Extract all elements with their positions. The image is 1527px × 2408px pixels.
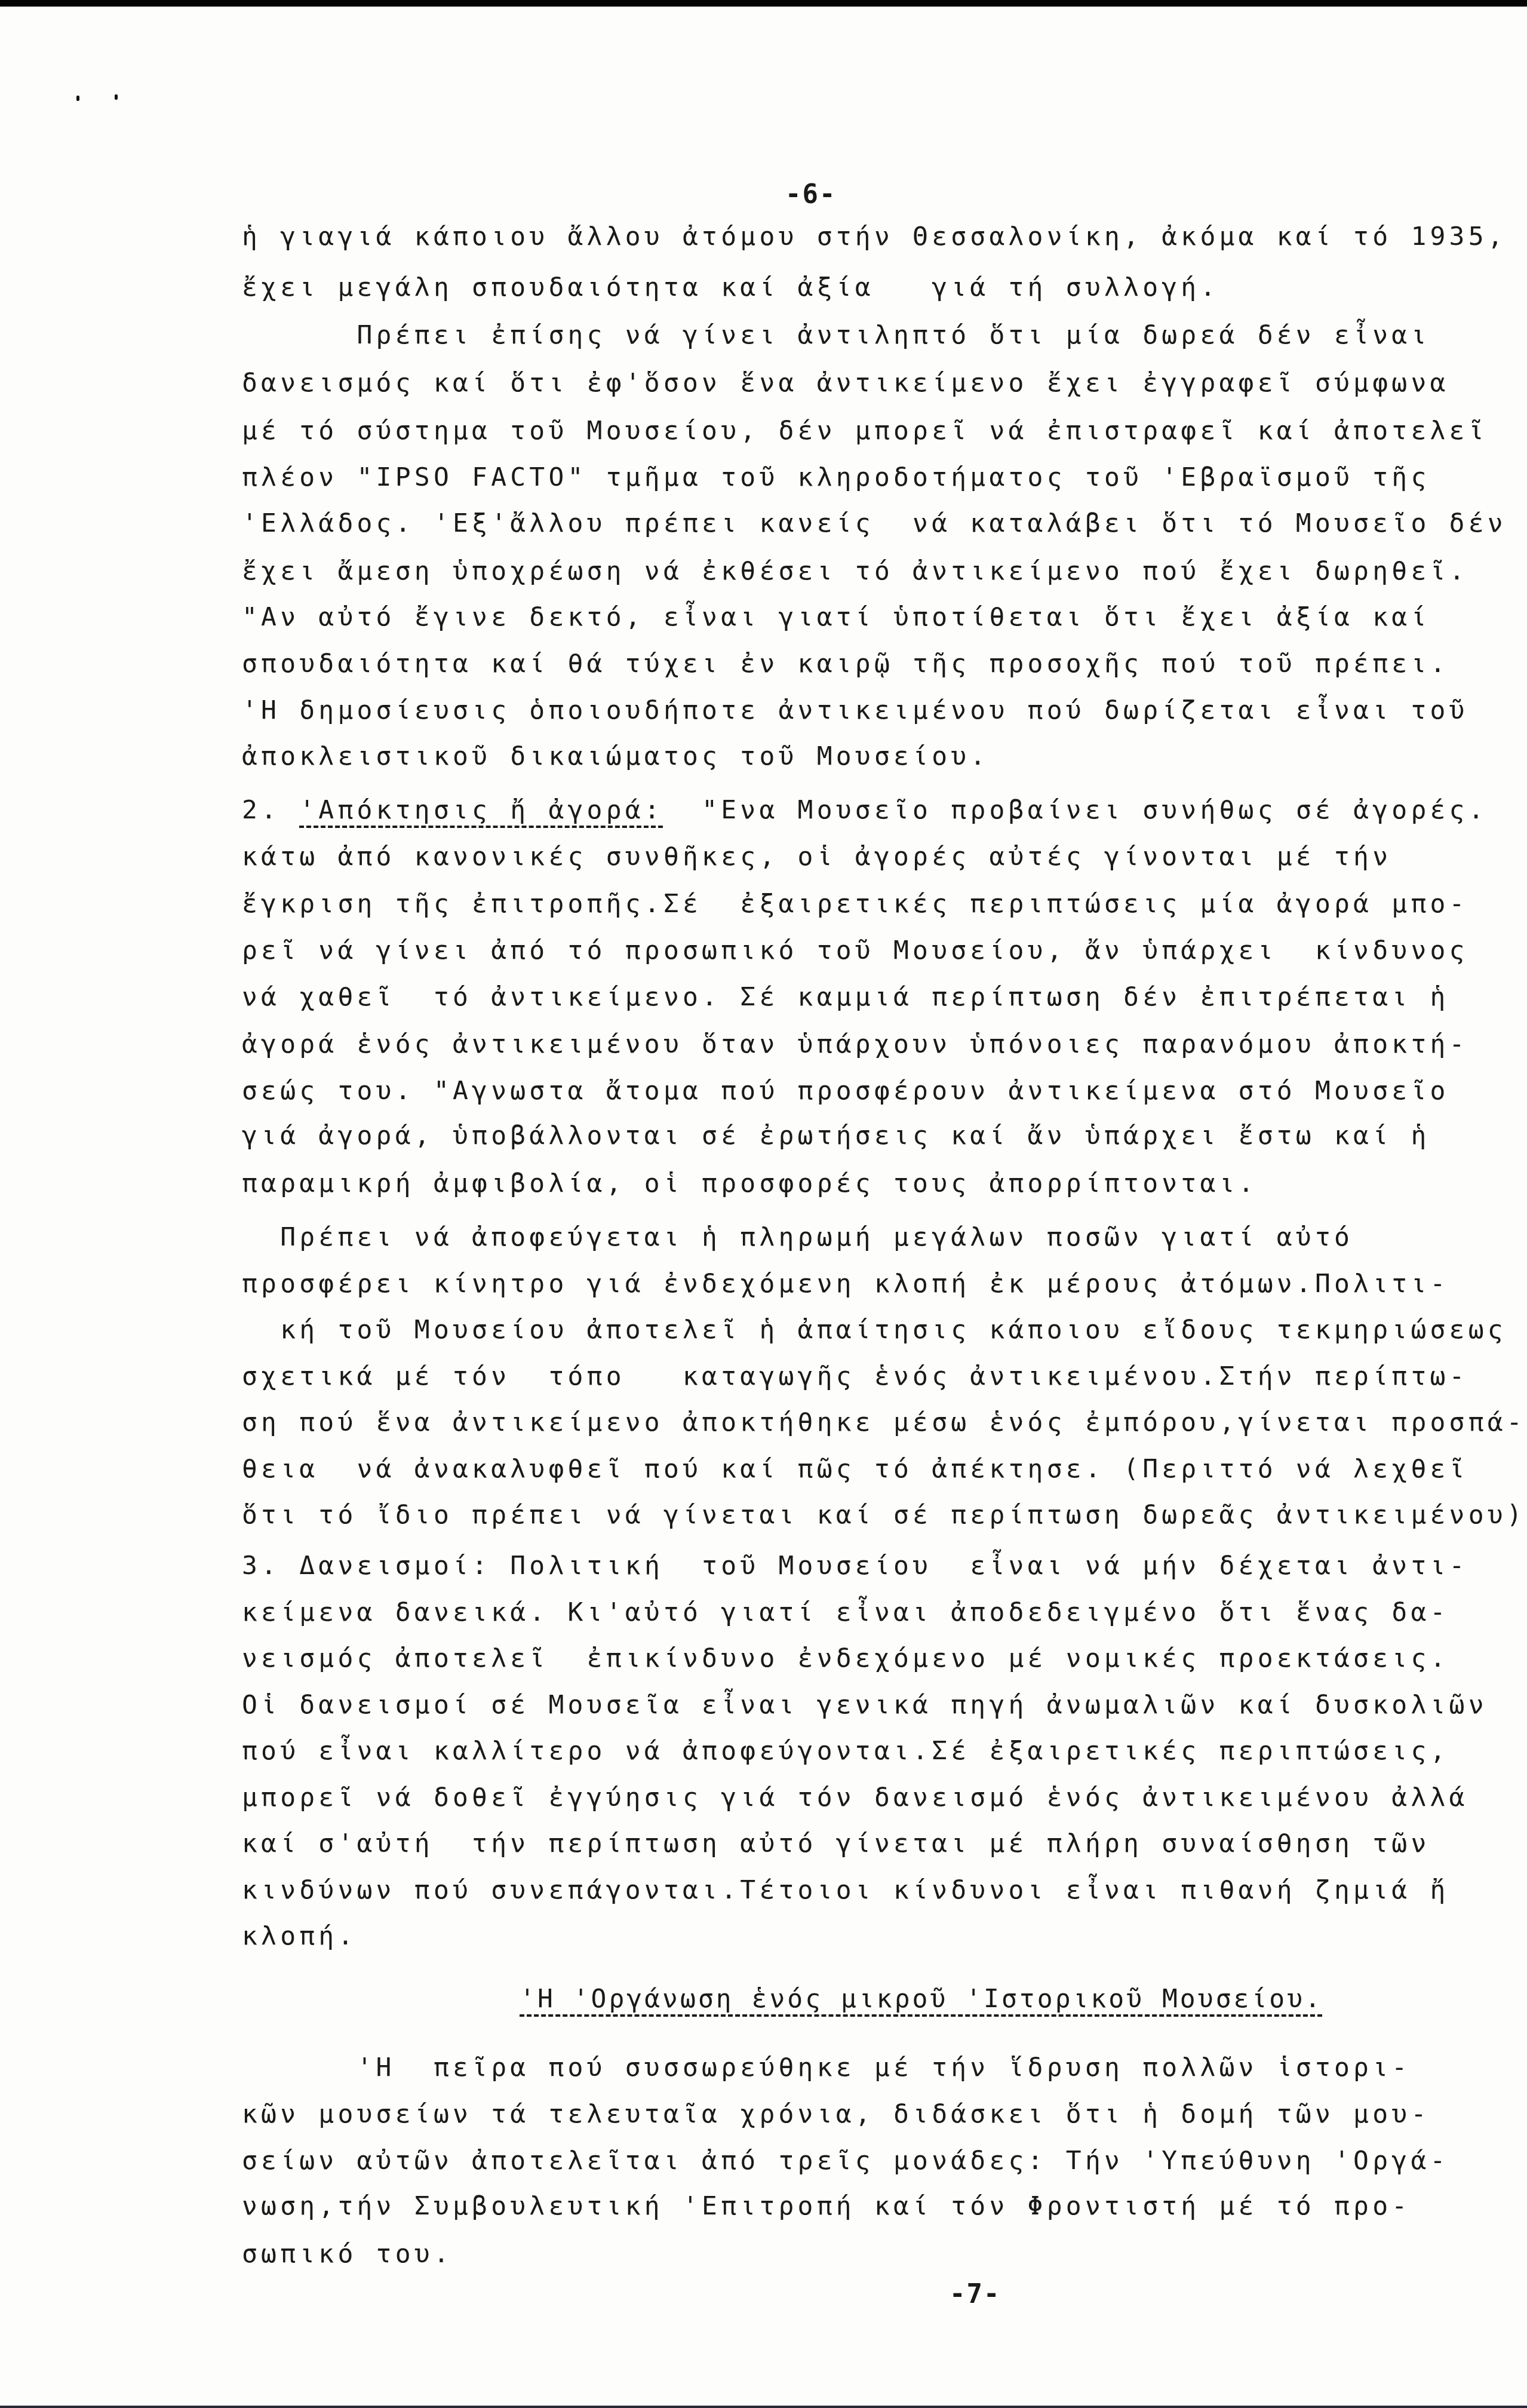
text-line: δανεισμός καί ὅτι ἐφ'ὅσον ἕνα ἀντικείμεν… [242, 370, 1449, 396]
section-3-number: 3. [242, 1551, 280, 1581]
text-line: Πρέπει νά ἀποφεύγεται ἡ πληρωμή μεγάλων … [242, 1225, 1353, 1250]
scan-speck [115, 94, 118, 100]
text-line: κάτω ἀπό κανονικές συνθῆκες, οἱ ἀγορές α… [242, 844, 1391, 870]
text-line: 'Ελλάδος. 'Εξ'ἄλλου πρέπει κανείς νά κατ… [242, 511, 1507, 536]
section-heading: 'Η 'Οργάνωση ἑνός μικροῦ 'Ιστορικοῦ Μουσ… [520, 1986, 1323, 2012]
text-line: πλέον "IPSO FACTO" τμῆμα τοῦ κληροδοτήμα… [242, 465, 1430, 490]
text-line: ἀγορά ἑνός ἀντικειμένου ὅταν ὑπάρχουν ὑπ… [242, 1032, 1468, 1057]
text-line: σχετικά μέ τόν τόπο καταγωγῆς ἑνός ἀντικ… [242, 1364, 1468, 1389]
text-line: μπορεῖ νά δοθεῖ ἐγγύησις γιά τόν δανεισμ… [242, 1785, 1468, 1811]
text-line: ἔγκριση τῆς ἐπιτροπῆς.Σέ ἐξαιρετικές περ… [242, 891, 1468, 917]
section-2-title: 'Απόκτησις ἤ ἀγορά: [299, 795, 663, 825]
text-line: ἡ γιαγιά κάποιου ἄλλου ἀτόμου στήν Θεσσα… [242, 224, 1507, 250]
text-line: νωση,τήν Συμβουλευτική 'Επιτροπή καί τόν… [242, 2194, 1411, 2219]
text-line: πού εἶναι καλλίτερο νά ἀποφεύγονται.Σέ ἐ… [242, 1738, 1449, 1764]
text-line: 'Η δημοσίευσις ὁποιουδήποτε ἀντικειμένου… [242, 698, 1468, 723]
text-line: ρεῖ νά γίνει ἀπό τό προσωπικό τοῦ Μουσεί… [242, 938, 1468, 964]
section-2-number: 2. [242, 795, 280, 825]
text-line: σωπικό του. [242, 2241, 453, 2267]
scan-bottom-edge [0, 2406, 1527, 2408]
text-line: "Αν αὐτό ἔγινε δεκτό, εἶναι γιατί ὑποτίθ… [242, 605, 1430, 630]
text-line: γιά ἀγορά, ὑποβάλλονται σέ ἐρωτήσεις καί… [242, 1123, 1430, 1149]
text-line: μέ τό σύστημα τοῦ Μουσείου, δέν μπορεῖ ν… [242, 418, 1488, 444]
text-line: ὅτι τό ἴδιο πρέπει νά γίνεται καί σέ περ… [242, 1502, 1527, 1528]
text-line: προσφέρει κίνητρο γιά ἐνδεχόμενη κλοπή ἐ… [242, 1271, 1449, 1297]
scan-speck [76, 96, 79, 101]
text-line: ση πού ἕνα ἀντικείμενο ἀποκτήθηκε μέσω ἑ… [242, 1410, 1526, 1435]
text-line: σείων αὐτῶν ἀποτελεῖται ἀπό τρεῖς μονάδε… [242, 2148, 1449, 2174]
text-line: 'Η πεῖρα πού συσσωρεύθηκε μέ τήν ἵδρυση … [242, 2055, 1411, 2081]
section-3-title: Δανεισμοί: [299, 1551, 491, 1581]
text-line: "Ενα Μουσεῖο προβαίνει συνήθως σέ ἀγορές… [663, 795, 1488, 825]
text-line: καί σ'αὐτή τήν περίπτωση αὐτό γίνεται μέ… [242, 1831, 1430, 1857]
text-line: νεισμός ἀποτελεῖ ἐπικίνδυνο ἐνδεχόμενο μ… [242, 1646, 1449, 1671]
text-line: σεώς του. "Αγνωστα ἄτομα πού προσφέρουν … [242, 1078, 1449, 1104]
text-line: ἀποκλειστικοῦ δικαιώματος τοῦ Μουσείου. [242, 744, 989, 769]
text-line: παραμικρή ἀμφιβολία, οἱ προσφορές τους ἀ… [242, 1171, 1258, 1197]
text-line: θεια νά ἀνακαλυφθεῖ πού καί πῶς τό ἀπέκτ… [242, 1456, 1468, 1482]
text-line: Πρέπει ἐπίσης νά γίνει ἀντιληπτό ὅτι μία… [242, 323, 1430, 348]
text-line: κείμενα δανεικά. Κι'αὐτό γιατί εἶναι ἀπο… [242, 1600, 1449, 1625]
text-line: κλοπή. [242, 1924, 357, 1949]
text-line: κή τοῦ Μουσείου ἀποτελεῖ ἡ ἀπαίτησις κάπ… [242, 1317, 1507, 1343]
text-line: Οἱ δανεισμοί σέ Μουσεῖα εἶναι γενικά πηγ… [242, 1692, 1488, 1718]
text-line: κῶν μουσείων τά τελευταῖα χρόνια, διδάσκ… [242, 2102, 1430, 2127]
scan-top-edge [0, 0, 1527, 7]
text-line: Πολιτική τοῦ Μουσείου εἶναι νά μήν δέχετ… [491, 1551, 1468, 1581]
page-number-bottom: -7- [950, 2279, 1000, 2309]
text-line: ἔχει ἄμεση ὑποχρέωση νά ἐκθέσει τό ἀντικ… [242, 559, 1468, 584]
text-line: νά χαθεῖ τό ἀντικείμενο. Σέ καμμιά περίπ… [242, 984, 1449, 1010]
text-line: σπουδαιότητα καί θά τύχει ἐν καιρῷ τῆς π… [242, 651, 1449, 677]
text-line: ἔχει μεγάλη σπουδαιότητα καί ἀξία γιά τή… [242, 275, 1219, 300]
page-number-top: -6- [785, 179, 836, 210]
section-3-line: 3. Δανεισμοί: Πολιτική τοῦ Μουσείου εἶνα… [242, 1553, 1468, 1579]
text-line: κινδύνων πού συνεπάγονται.Τέτοιοι κίνδυν… [242, 1878, 1449, 1903]
section-2-line: 2. 'Απόκτησις ἤ ἀγορά: "Ενα Μουσεῖο προβ… [242, 797, 1488, 823]
